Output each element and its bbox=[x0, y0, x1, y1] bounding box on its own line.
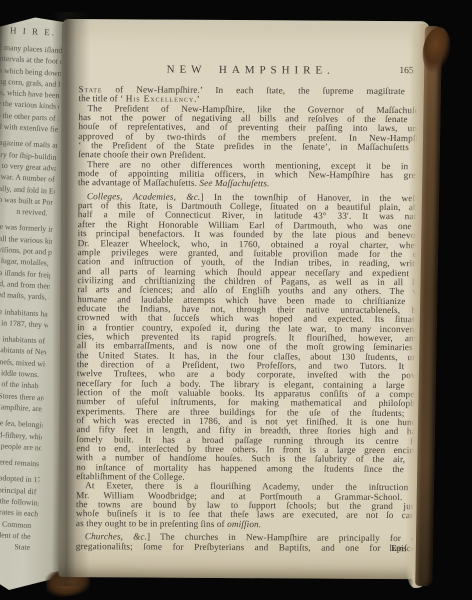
book-photo: H I R E. d many places iſland, the ſiint… bbox=[0, 0, 472, 600]
text-line: the advantage of Maſſachuſetts. See Maſſ… bbox=[78, 179, 430, 190]
text-line: gregationaliſts; ſome for Preſbyterians … bbox=[76, 542, 428, 553]
page-header: NEW HAMPSHIRE. 165 bbox=[62, 63, 430, 79]
left-page-edge: H I R E. d many places iſland, the ſiint… bbox=[0, 14, 64, 590]
book-page: NEW HAMPSHIRE. 165 State of New-Hampſhir… bbox=[59, 19, 430, 579]
left-page-header-fragment: H I R E. bbox=[0, 25, 63, 38]
running-title: NEW HAMPSHIRE. bbox=[62, 63, 430, 77]
left-page-fragment-line: he ſcattered remains of bbox=[0, 455, 41, 470]
left-page-fragment-line: phia, in 1787, they we bbox=[0, 316, 48, 331]
page-text: State of New-Hampſhire.’ In each ſtate, … bbox=[76, 85, 431, 553]
left-page-fragments: d many places iſland, the ſiintervals at… bbox=[0, 42, 62, 554]
left-page-fragment-line: N w-Hampſhire, are bbox=[0, 400, 44, 415]
left-page-fragment-line: President of the bbox=[0, 528, 37, 543]
left-page-fragment-line: ported maſts, yards, an bbox=[0, 289, 49, 304]
catchword: lians bbox=[389, 543, 406, 553]
left-page-text-fragments-wrap: H I R E. d many places iſland, the ſiint… bbox=[0, 11, 64, 554]
left-page-fragment-line: State bbox=[0, 539, 36, 554]
